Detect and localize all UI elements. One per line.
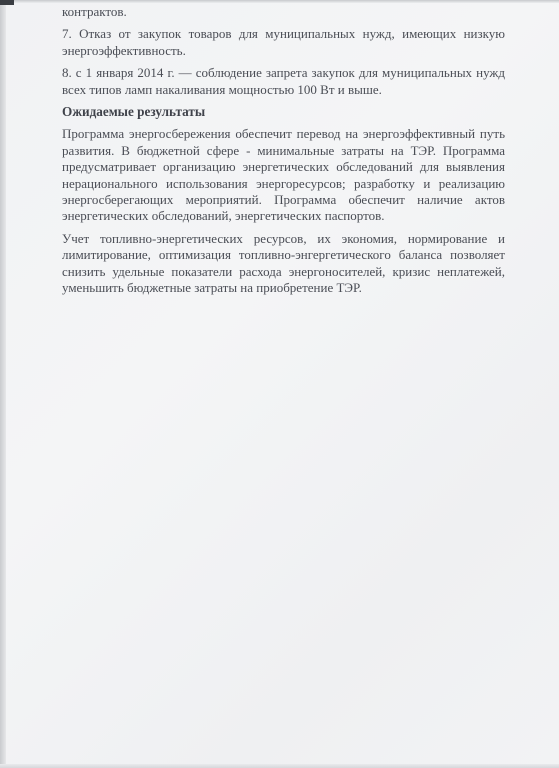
paragraph-results-2: Учет топливно-энергетических ресурсов, и… [62,231,505,297]
scan-edge-bottom [0,764,559,768]
scan-corner-mark [0,0,14,5]
paragraph-continuation: контрактов. [62,4,505,20]
paragraph-item-7: 7. Отказ от закупок товаров для муниципа… [62,26,505,59]
paragraph-results-1: Программа энергосбережения обеспечит пер… [62,126,505,224]
scan-edge-top [0,0,559,3]
section-heading-expected-results: Ожидаемые результаты [62,104,505,120]
document-body: контрактов. 7. Отказ от закупок товаров … [62,4,505,303]
scanned-page: контрактов. 7. Отказ от закупок товаров … [0,0,559,768]
paragraph-item-8: 8. с 1 января 2014 г. — соблюдение запре… [62,65,505,98]
scan-edge-left [0,0,6,768]
